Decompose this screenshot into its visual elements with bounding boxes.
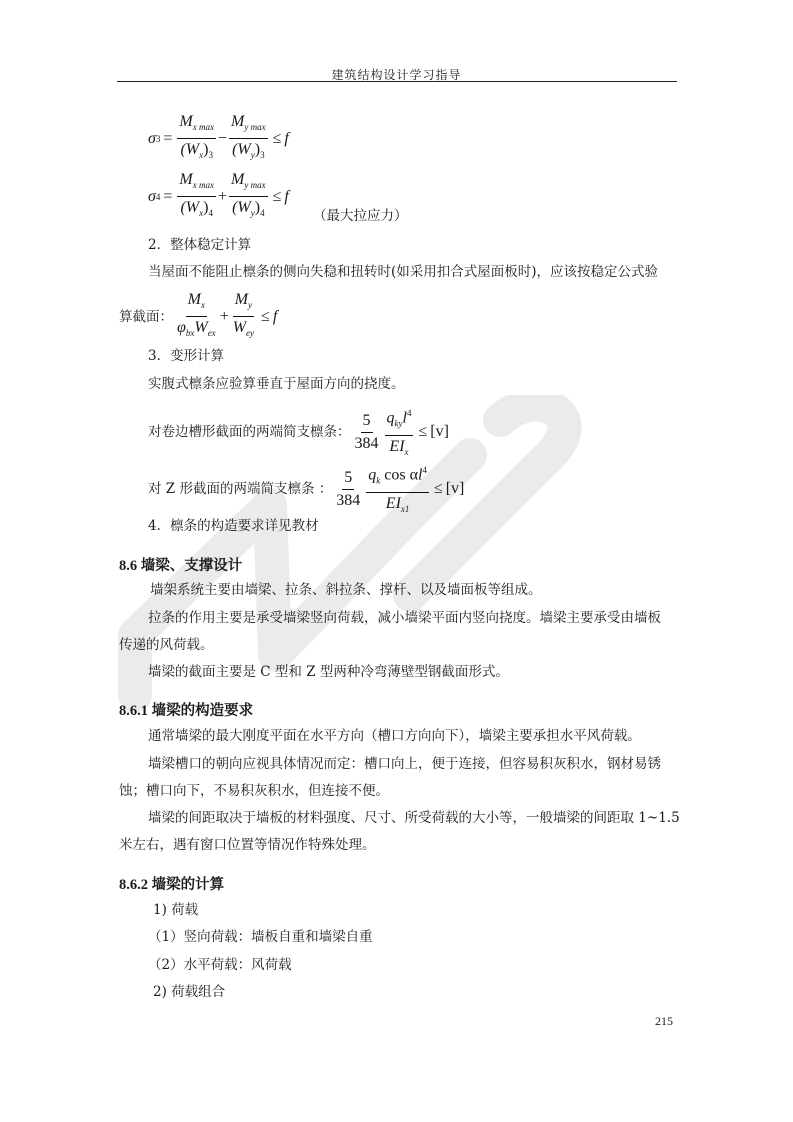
section-8-6-heading: 8.6 墙梁、支撑设计 [119, 554, 242, 575]
sec862-list-item: （1）竖向荷载：墙板自重和墙梁自重 [148, 928, 373, 946]
formula-sigma3: σ3 = Mx max (Wx)3 − My max (Wy)3 ≤f [148, 113, 289, 164]
header-divider [117, 81, 677, 82]
section-8-6-2-heading: 8.6.2 墙梁的计算 [119, 873, 224, 894]
document-page: 建筑结构设计学习指导 σ3 = Mx max (Wx)3 − My max (W… [0, 0, 793, 1122]
formula-deflection-z: 对 Z 形截面的两端简支檩条 ： 5 384 qk cos αl4 EIx1 ≤… [148, 461, 464, 518]
sec86-paragraph-3: 墙梁的截面主要是 C 型和 Z 型两种冷弯薄壁型钢截面形式。 [148, 663, 509, 681]
section-8-6-1-heading: 8.6.1 墙梁的构造要求 [119, 699, 253, 720]
sec862-list-item: 2) 荷载组合 [153, 983, 225, 1001]
sec861-paragraph-2-line-1: 墙梁槽口的朝向应视具体情况而定：槽口向上，便于连接，但容易积灰积水，钢材易锈 [148, 755, 661, 773]
page-number: 215 [655, 1014, 673, 1029]
sec861-paragraph-1: 通常墙梁的最大刚度平面在水平方向（槽口方向向下），墙梁主要承担水平风荷载。 [148, 727, 641, 745]
sec86-paragraph-1: 墙架系统主要由墙梁、拉条、斜拉条、撑杆、以及墙面板等组成。 [150, 581, 542, 599]
sec86-paragraph-2-line-2: 传递的风荷载。 [119, 636, 214, 654]
sec861-paragraph-3-line-2: 米左右，遇有窗口位置等情况作特殊处理。 [119, 836, 376, 854]
sec862-list-item: 1) 荷载 [153, 901, 198, 919]
sec861-paragraph-3-line-1: 墙梁的间距取决于墙板的材料强度、尺寸、所受荷载的大小等，一般墙梁的间距取 1~1… [148, 809, 680, 827]
formula-stability: 算截面： Mx φbxWex + My Wey ≤f [119, 291, 277, 342]
sec861-paragraph-2-line-2: 蚀；槽口向下，不易积灰积水，但连接不便。 [119, 782, 389, 800]
formula-deflection-channel: 对卷边槽形截面的两端简支檩条： 5 384 qkyl4 EIx ≤[v] [148, 404, 449, 461]
formula-note-max-tension: （最大拉应力） [313, 207, 408, 225]
item-2-text: 当屋面不能阻止檩条的侧向失稳和扭转时(如采用扣合式屋面板时)，应该按稳定公式验 [148, 263, 658, 281]
item-3-text: 实腹式檩条应验算垂直于屋面方向的挠度。 [148, 375, 405, 393]
item-3-title: 3．变形计算 [148, 347, 224, 365]
item-4-title: 4．檩条的构造要求详见教材 [148, 517, 319, 535]
sec86-paragraph-2-line-1: 拉条的作用主要是承受墙梁竖向荷载，减小墙梁平面内竖向挠度。墙梁主要承受由墙板 [148, 609, 661, 627]
sec862-list-item: （2）水平荷载：风荷载 [148, 956, 292, 974]
formula-sigma4: σ4 = Mx max (Wx)4 + My max (Wy)4 ≤f [148, 171, 289, 222]
item-2-title: 2．整体稳定计算 [148, 236, 251, 254]
